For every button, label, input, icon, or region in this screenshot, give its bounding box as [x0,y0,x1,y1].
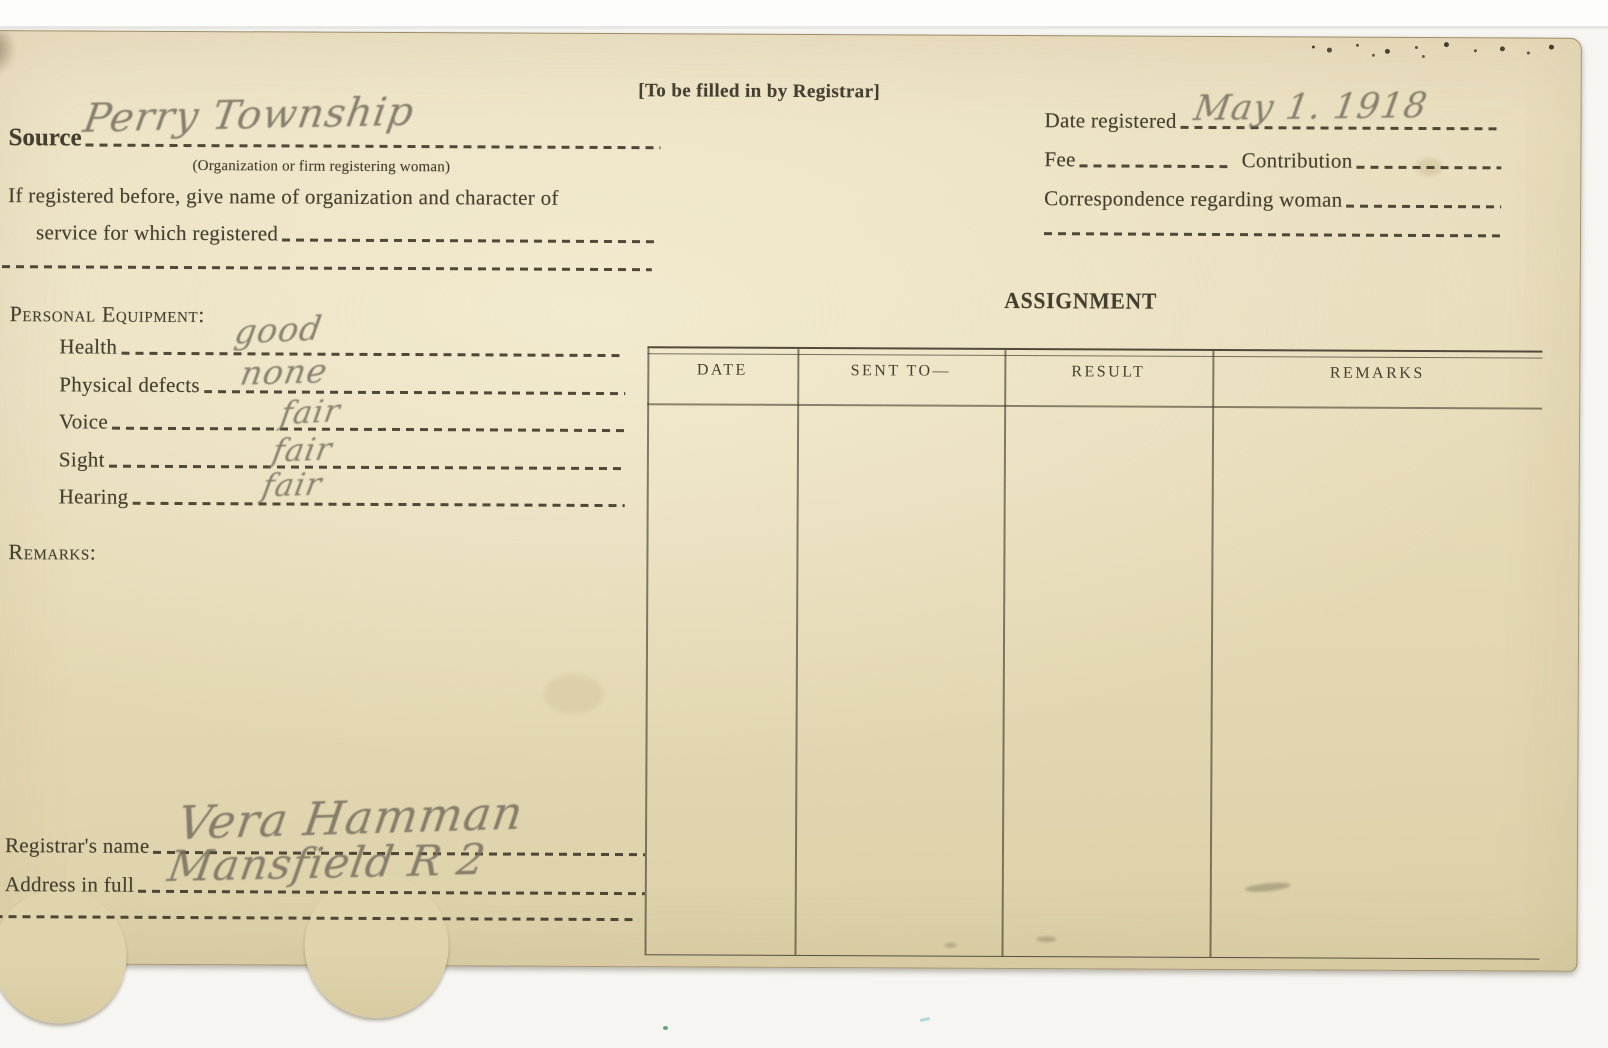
remarks-heading: Remarks: [8,539,96,565]
dashed-line [121,352,625,357]
table-header-underline [647,403,1542,409]
table-column-divider [1001,350,1005,956]
dashed-line [282,238,654,243]
sight-handwritten-value: fair [269,432,335,470]
contribution-label: Contribution [1242,148,1353,174]
aging-smudge-top-left [0,31,17,77]
dashed-line [109,465,625,471]
card-bottom-tab-left [0,889,127,1024]
scan-artifact-green-speck [663,1026,668,1030]
physical-defects-handwritten-value: none [237,351,331,393]
registered-before-line2: service for which registered [36,220,278,246]
registrar-name-label: Registrar's name [5,833,150,859]
source-handwritten-value: Perry Township [80,89,417,142]
equipment-label-hearing: Hearing [59,484,129,509]
pencil-smudge [1245,881,1292,894]
column-header-date: DATE [647,361,797,380]
dashed-line [1346,205,1501,209]
source-label: Source [8,124,81,152]
health-handwritten-value: good [232,308,325,351]
dashed-line [132,502,624,507]
dashed-line [1080,164,1228,168]
source-caption: (Organization or firm registering woman) [136,158,506,177]
personal-equipment-heading: Personal Equipment: [10,301,205,328]
registered-before-line1: If registered before, give name of organ… [8,183,673,211]
column-header-sent-to: SENT TO— [797,362,1004,381]
table-column-divider [1209,351,1213,957]
table-border-left [644,348,648,954]
column-header-remarks: REMARKS [1212,364,1542,384]
dashed-separator [2,265,652,271]
date-registered-handwritten-value: May 1. 1918 [1191,86,1430,129]
dashed-line [1357,166,1502,170]
address-handwritten-value: Mansfield R 2 [164,835,489,892]
assignment-table: DATE SENT TO— RESULT REMARKS [644,346,1542,959]
dashed-separator [1044,232,1501,237]
aging-blotch [544,674,604,714]
equipment-label-physical-defects: Physical defects [59,372,200,398]
table-top-double-rule [647,346,1542,358]
registration-card: [To be filled in by Registrar] Source Pe… [0,30,1582,972]
column-header-result: RESULT [1004,363,1212,382]
address-label: Address in full [5,872,134,898]
table-column-divider [794,349,798,955]
correspondence-label: Correspondence regarding woman [1044,186,1342,212]
dashed-line [112,427,625,433]
assignment-title: ASSIGNMENT [897,287,1264,315]
equipment-label-sight: Sight [59,447,105,472]
aging-specks-top-right [1312,45,1315,48]
dashed-line [86,143,661,149]
pencil-smudge [945,943,957,948]
voice-handwritten-value: fair [278,393,343,432]
scanned-registration-card-page: [To be filled in by Registrar] Source Pe… [0,0,1608,1048]
fee-label: Fee [1044,147,1075,172]
registrar-fill-note: [To be filled in by Registrar] [562,80,957,104]
equipment-label-voice: Voice [59,409,108,434]
hearing-handwritten-value: fair [259,467,325,505]
equipment-label-health: Health [59,334,117,359]
pencil-smudge [1037,936,1057,942]
scan-artifact-blue-mark [920,1017,930,1022]
date-registered-label: Date registered [1045,108,1177,134]
